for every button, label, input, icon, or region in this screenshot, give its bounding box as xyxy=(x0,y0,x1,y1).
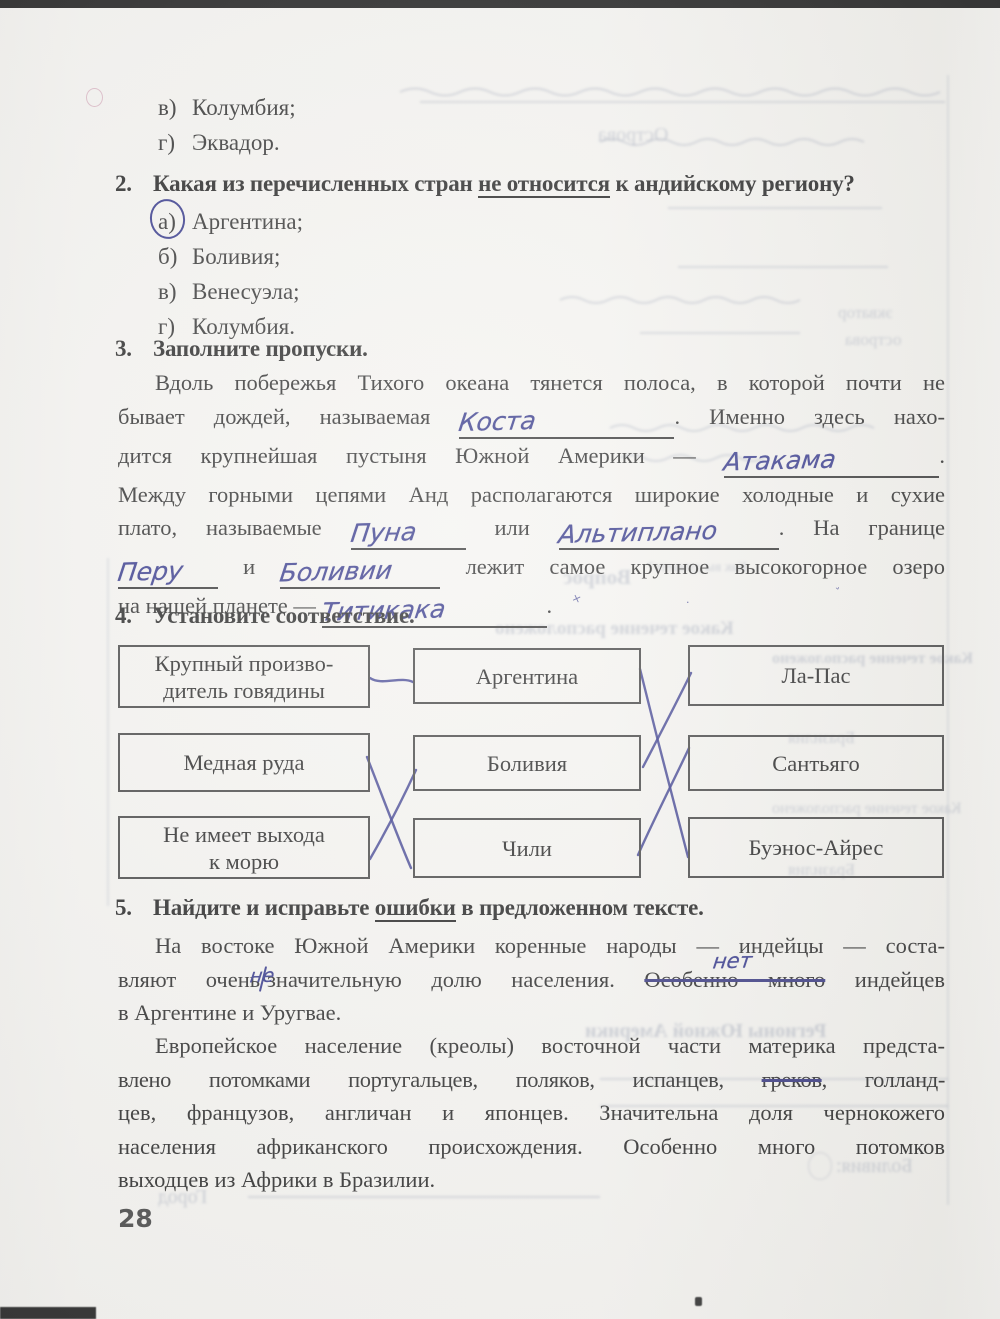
handwritten-insertion: не xyxy=(260,986,267,987)
text-line: Европейское население (креолы) восточной… xyxy=(118,1029,945,1063)
text-line: цев, французов, англичан и японцев. Знач… xyxy=(118,1096,945,1130)
handwritten-insertion-text: не xyxy=(248,959,277,993)
page-content: в)Колумбия;г)Эквадор. 2.Какая из перечис… xyxy=(0,0,1000,1319)
q1-option-text: Колумбия; xyxy=(192,95,296,120)
printed-text: дится крупнейшая пустыня Южной Америки — xyxy=(118,443,724,468)
text-line: На востоке Южной Америки коренные народы… xyxy=(118,929,945,963)
printed-text: и xyxy=(218,554,280,579)
task3-number: 3. xyxy=(115,336,153,362)
task4-matching-grid: Крупный произво- дитель говядиныМедная р… xyxy=(0,638,1000,890)
task5-paragraph-2: Европейское население (креолы) восточной… xyxy=(118,1029,945,1197)
scan-edge-corner xyxy=(0,1307,96,1319)
printed-text: . xyxy=(939,443,945,468)
text-line: вляют оченьнезначительную долю населения… xyxy=(118,963,945,997)
task2-question-underlined: не относится xyxy=(478,171,610,198)
task4-header: 4.Установите соответствие. xyxy=(115,603,415,629)
printed-text: бывает дождей, называемая xyxy=(118,404,459,429)
handwritten-answer: Пуна xyxy=(349,519,418,547)
handwritten-answer: Коста xyxy=(458,408,538,436)
printed-text: Европейское население (креолы) восточной… xyxy=(155,1033,945,1058)
task5-number: 5. xyxy=(115,895,153,921)
task2-number: 2. xyxy=(115,171,153,197)
page-number: 28 xyxy=(118,1204,153,1233)
task2-option-text: Венесуэла; xyxy=(192,279,300,304)
printed-text: населения африканского происхождения. Ос… xyxy=(118,1134,945,1159)
q1-option-label: в) xyxy=(158,90,192,125)
text-line: населения африканского происхождения. Ос… xyxy=(118,1130,945,1164)
scan-edge-top xyxy=(0,0,1000,8)
q1-option-1: г)Эквадор. xyxy=(158,125,296,160)
answer-blank: Боливии xyxy=(280,559,440,589)
task2-question-post: к андийскому региону? xyxy=(610,171,855,196)
printed-text: плато, называемые xyxy=(118,515,351,540)
match-box-right-0: Ла-Пас xyxy=(688,645,944,706)
strikethrough-wrap: греков xyxy=(762,1067,822,1092)
printed-text: Вдоль побережья Тихого океана тянется по… xyxy=(155,370,945,395)
pen-line-left-2-to-mid-1 xyxy=(370,770,416,859)
match-box-left-1: Медная руда xyxy=(118,733,370,792)
task5-title-pre: Найдите и исправьте xyxy=(153,895,375,920)
pen-line-left-1-to-mid-2 xyxy=(367,757,411,868)
printed-text: вляют очень xyxy=(118,967,260,992)
match-box-right-1: Сантьяго xyxy=(688,735,944,791)
printed-text: На востоке Южной Америки коренные народы… xyxy=(155,933,945,958)
match-box-mid-1: Боливия xyxy=(413,735,641,791)
printed-text: или xyxy=(466,515,559,540)
answer-blank: Перу xyxy=(118,559,218,589)
answer-blank: Пуна xyxy=(351,520,466,550)
task2-option-label: в) xyxy=(158,274,192,309)
task2-option-text: Аргентина; xyxy=(192,209,303,234)
task4-title: Установите соответствие. xyxy=(153,603,415,628)
task2-options: а)Аргентина;б)Боливия;в)Венесуэла;г)Колу… xyxy=(158,204,303,344)
task2-option-0: а)Аргентина; xyxy=(158,204,303,239)
task2-circled-answer: а) xyxy=(158,204,192,239)
pen-line-left-0-to-mid-0 xyxy=(370,678,413,682)
text-line: Вдоль побережья Тихого океана тянется по… xyxy=(118,366,945,400)
text-line: дится крупнейшая пустыня Южной Америки —… xyxy=(118,439,945,478)
q1-option-0: в)Колумбия; xyxy=(158,90,296,125)
task2-header: 2.Какая из перечисленных стран не относи… xyxy=(115,171,855,197)
printed-text: . xyxy=(547,593,553,618)
q1-option-text: Эквадор. xyxy=(192,130,280,155)
task5-title-post: в предложенном тексте. xyxy=(456,895,704,920)
task4-number: 4. xyxy=(115,603,153,629)
match-box-left-0: Крупный произво- дитель говядины xyxy=(118,645,370,708)
handwritten-answer: Альтиплано xyxy=(557,518,719,548)
printed-text: лежит самое крупное высокогорное озеро xyxy=(440,554,945,579)
task5-paragraph-1: На востоке Южной Америки коренные народы… xyxy=(118,929,945,1030)
text-line: плато, называемые Пуна или Альтиплано. Н… xyxy=(118,511,945,550)
printed-text: , голланд- xyxy=(822,1067,945,1092)
text-line: в Аргентине и Уругвае. xyxy=(118,996,945,1030)
strikethrough-text: греков xyxy=(762,1067,822,1092)
match-box-mid-2: Чили xyxy=(413,818,641,878)
text-line: выходцев из Африки в Бразилии. xyxy=(118,1163,945,1197)
pen-line-mid-2-to-right-1 xyxy=(638,748,689,855)
answer-blank: Коста xyxy=(459,409,674,439)
task2-question-pre: Какая из перечисленных стран xyxy=(153,171,478,196)
printed-text: выходцев из Африки в Бразилии. xyxy=(118,1167,435,1192)
workbook-page: Острова экватор острова Вопрос Как вы ду… xyxy=(0,0,1000,1319)
task2-option-1: б)Боливия; xyxy=(158,239,303,274)
printed-text: Между горными цепями Анд располагаются ш… xyxy=(118,482,945,507)
q1-option-label: г) xyxy=(158,125,192,160)
match-box-right-2: Буэнос-Айрес xyxy=(688,817,944,878)
task3-paragraph: Вдоль побережья Тихого океана тянется по… xyxy=(118,366,945,628)
answer-blank: Атакама xyxy=(724,448,939,478)
text-line: бывает дождей, называемая Коста. Именно … xyxy=(118,400,945,439)
handwritten-answer: Боливии xyxy=(278,558,394,587)
printed-text: . Именно здесь нахо- xyxy=(674,404,945,429)
scan-speck xyxy=(695,1297,702,1306)
task5-header: 5.Найдите и исправьте ошибки в предложен… xyxy=(115,895,704,921)
question1-options: в)Колумбия;г)Эквадор. xyxy=(158,90,296,160)
text-line: Между горными цепями Анд располагаются ш… xyxy=(118,478,945,512)
printed-text: влено потомками португальцев, поляков, и… xyxy=(118,1067,762,1092)
task2-option-2: в)Венесуэла; xyxy=(158,274,303,309)
handwritten-correction: нет xyxy=(711,944,754,979)
handwritten-answer: Атакама xyxy=(722,446,837,475)
printed-text: . На границе xyxy=(779,515,945,540)
task5-title-underlined: ошибки xyxy=(375,895,456,922)
task2-option-text: Боливия; xyxy=(192,244,280,269)
match-box-mid-0: Аргентина xyxy=(413,648,641,704)
pen-line-mid-1-to-right-0 xyxy=(643,673,691,767)
task3-header: 3.Заполните пропуски. xyxy=(115,336,368,362)
pink-smudge xyxy=(86,88,103,107)
strikethrough-wrap: Особенно многонет xyxy=(644,967,825,992)
text-line: Перу и Боливии лежит самое крупное высок… xyxy=(118,550,945,589)
pen-line-mid-0-to-right-2 xyxy=(640,669,688,857)
printed-text: значительную долю населения. xyxy=(267,967,644,992)
task2-option-label: б) xyxy=(158,239,192,274)
task3-title: Заполните пропуски. xyxy=(153,336,368,361)
text-line: влено потомками португальцев, поляков, и… xyxy=(118,1063,945,1097)
match-box-left-2: Не имеет выхода к морю xyxy=(118,816,370,879)
answer-blank: Альтиплано xyxy=(559,520,779,550)
handwritten-answer: Перу xyxy=(116,558,185,586)
ink-speck: · xyxy=(686,596,690,609)
printed-text: в Аргентине и Уругвае. xyxy=(118,1000,341,1025)
printed-text: индейцев xyxy=(825,967,945,992)
printed-text: цев, французов, англичан и японцев. Знач… xyxy=(118,1100,945,1125)
